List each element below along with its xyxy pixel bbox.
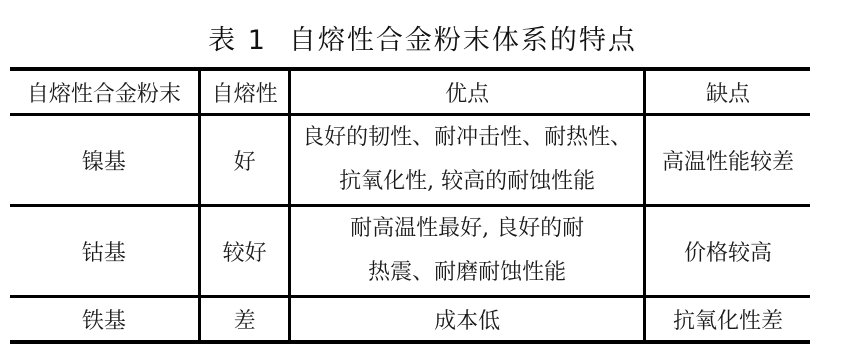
table-caption: 表 1自熔性合金粉末体系的特点 [0,18,845,57]
cell-disadvantages: 高温性能较差 [644,115,810,206]
cell-self-fluxing: 好 [199,115,290,206]
header-advantages: 优点 [290,69,645,115]
cell-disadvantages: 价格较高 [644,206,810,297]
header-disadvantages: 缺点 [644,69,810,115]
header-self-fluxing: 自熔性 [199,69,290,115]
header-row: 自熔性合金粉末 自熔性 优点 缺点 [10,69,810,115]
header-alloy: 自熔性合金粉末 [10,69,199,115]
cell-alloy: 钴基 [10,206,199,297]
advantages-line: 抗氧化性, 较高的耐蚀性能 [293,160,641,204]
alloy-powder-table: 自熔性合金粉末 自熔性 优点 缺点 镍基 好 良好的韧性、耐冲击性、耐热性、 抗… [10,67,810,344]
advantages-line: 良好的韧性、耐冲击性、耐热性、 [293,116,641,160]
table-title: 自熔性合金粉末体系的特点 [289,25,637,56]
cell-advantages: 耐高温性最好, 良好的耐 热震、耐磨耐蚀性能 [290,206,645,297]
cell-alloy: 铁基 [10,297,199,343]
cell-advantages: 良好的韧性、耐冲击性、耐热性、 抗氧化性, 较高的耐蚀性能 [290,115,645,206]
cell-disadvantages: 抗氧化性差 [644,297,810,343]
advantages-line: 耐高温性最好, 良好的耐 [293,207,641,251]
table-row: 镍基 好 良好的韧性、耐冲击性、耐热性、 抗氧化性, 较高的耐蚀性能 高温性能较… [10,115,810,206]
cell-self-fluxing: 较好 [199,206,290,297]
cell-advantages: 成本低 [290,297,645,343]
table-number: 表 1 [208,25,267,56]
cell-self-fluxing: 差 [199,297,290,343]
cell-alloy: 镍基 [10,115,199,206]
table-row: 铁基 差 成本低 抗氧化性差 [10,297,810,343]
table-row: 钴基 较好 耐高温性最好, 良好的耐 热震、耐磨耐蚀性能 价格较高 [10,206,810,297]
advantages-line: 热震、耐磨耐蚀性能 [293,251,641,295]
